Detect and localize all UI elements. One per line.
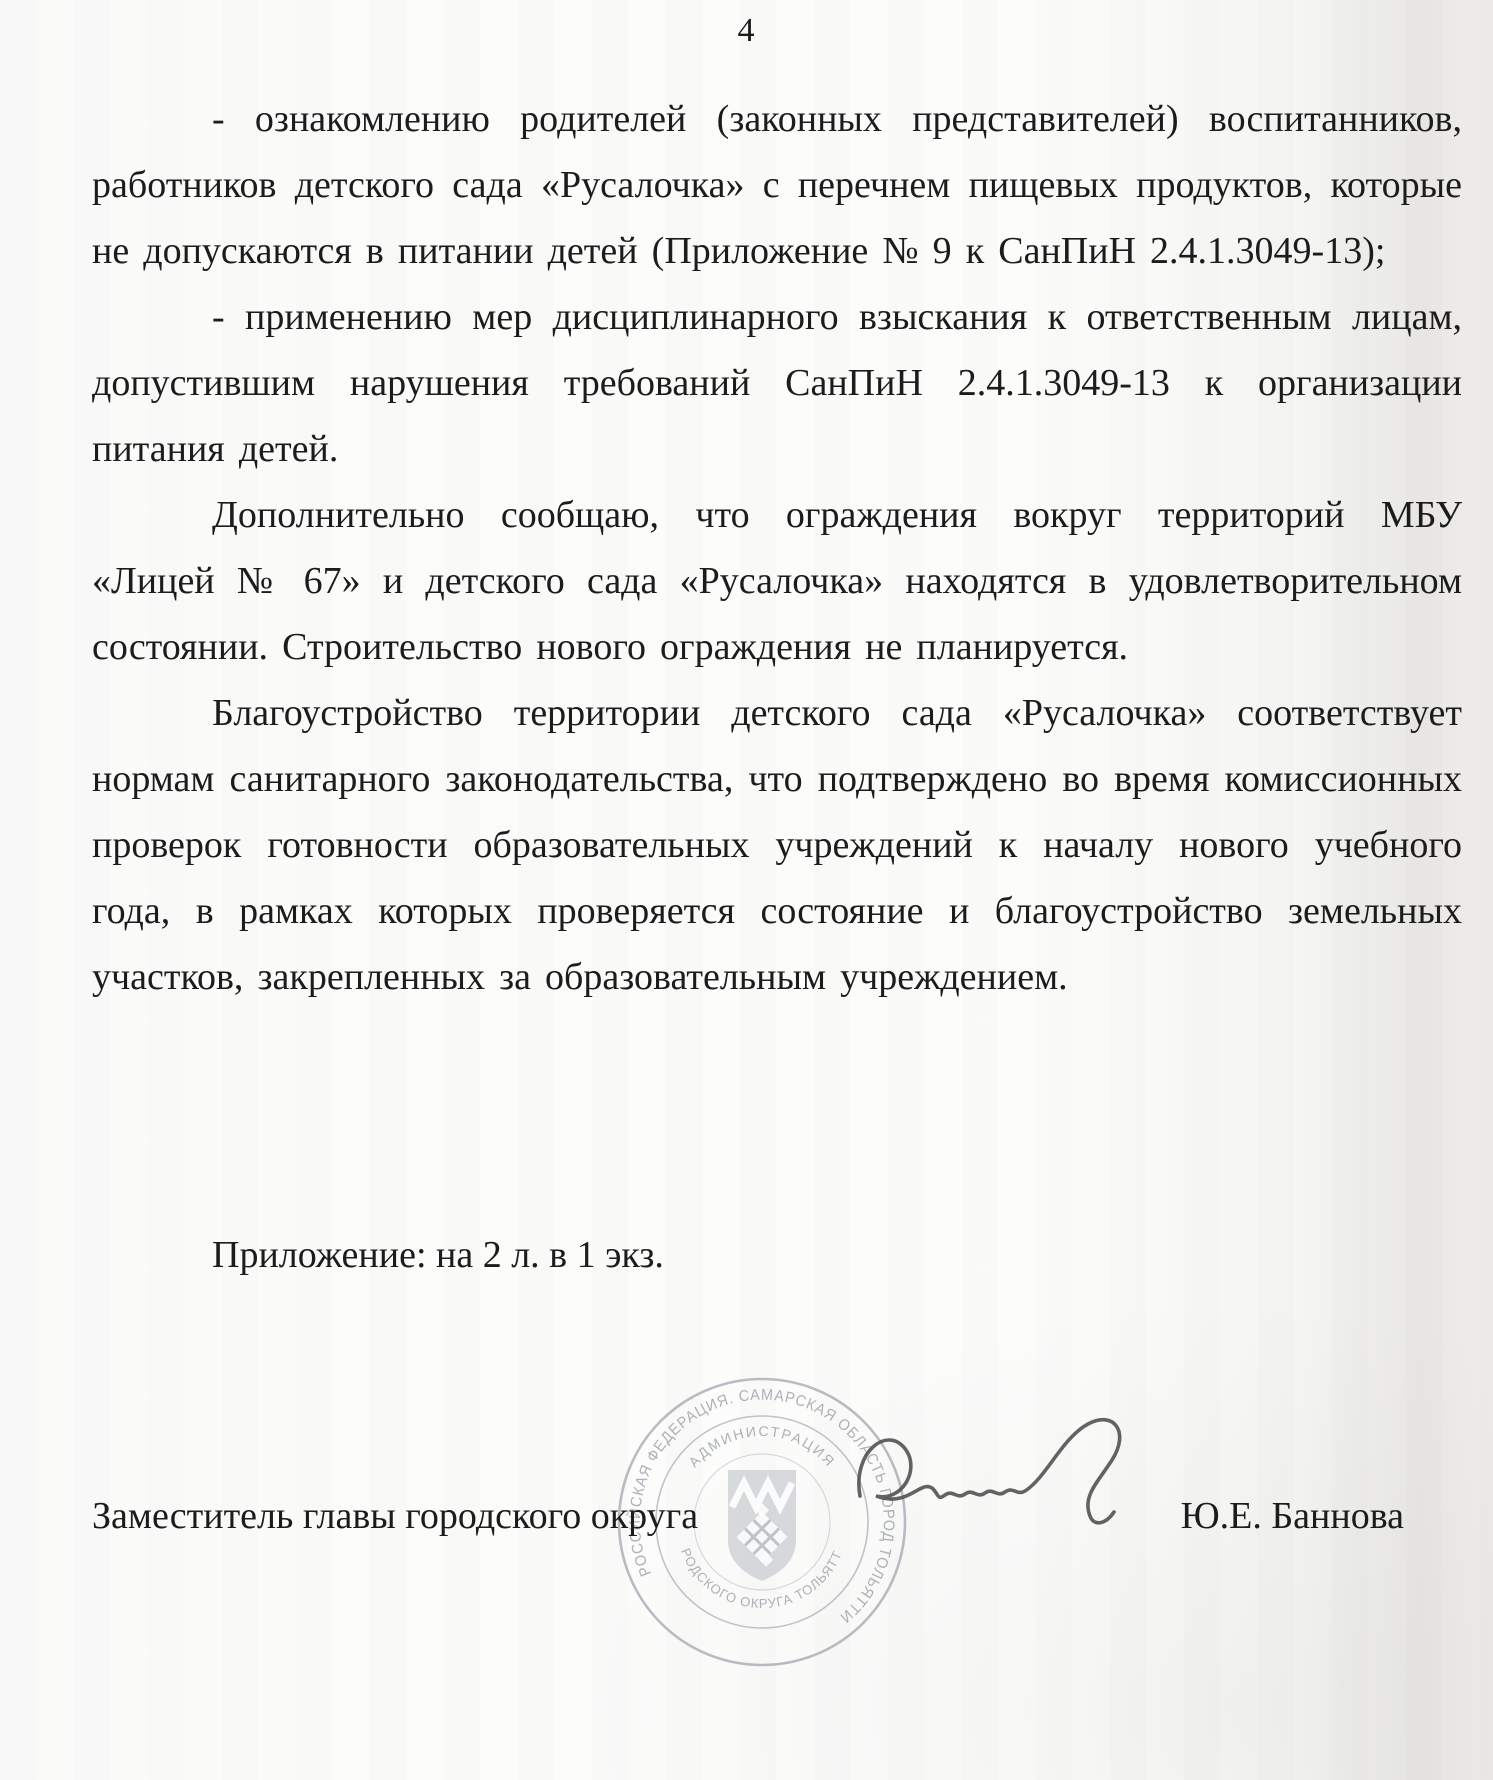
paragraph: - ознакомлению родителей (законных предс…	[92, 86, 1462, 284]
signatory-name: Ю.Е. Баннова	[1181, 1490, 1404, 1542]
signatory-title: Заместитель главы городского округа	[92, 1490, 698, 1542]
letter-body: - ознакомлению родителей (законных предс…	[92, 86, 1462, 1010]
scanned-letter-page: 4 - ознакомлению родителей (законных пре…	[0, 0, 1493, 1780]
signature-block: Заместитель главы городского округа Ю.Е.…	[92, 1490, 1462, 1542]
paragraph: Благоустройство территории детского сада…	[92, 680, 1462, 1010]
paragraph: - применению мер дисциплинарного взыскан…	[92, 284, 1462, 482]
attachment-section: Приложение: на 2 л. в 1 экз.	[92, 1222, 1462, 1288]
page-number: 4	[0, 12, 1493, 50]
attachment-note: Приложение: на 2 л. в 1 экз.	[92, 1222, 1462, 1288]
paragraph: Дополнительно сообщаю, что ограждения во…	[92, 482, 1462, 680]
